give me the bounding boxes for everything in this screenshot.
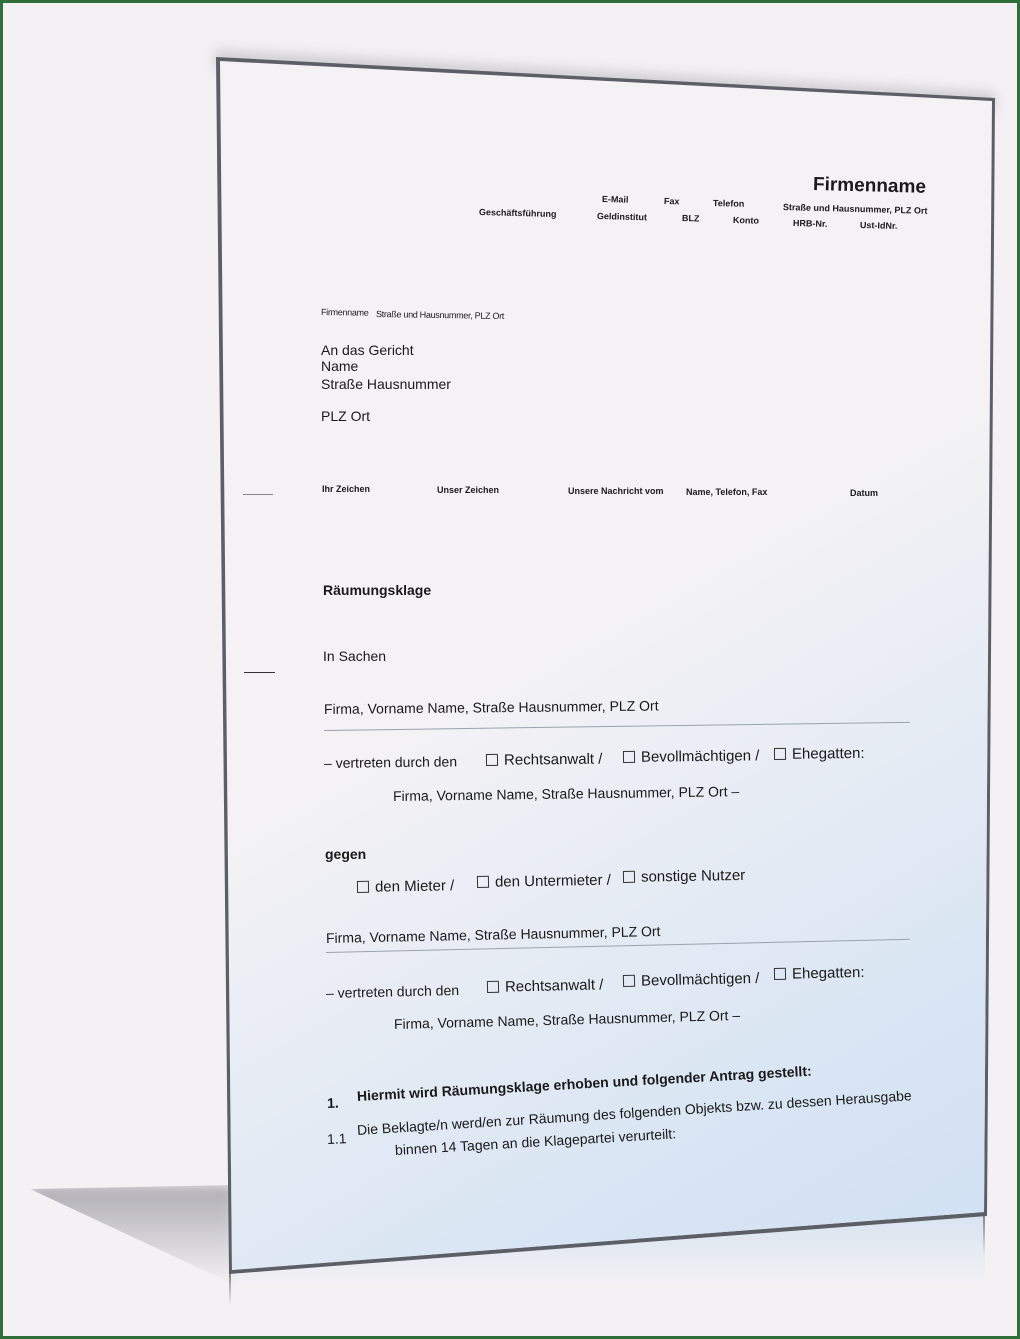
checkbox[interactable] <box>357 881 369 893</box>
sender-address: Straße und Hausnummer, PLZ Ort <box>376 309 504 321</box>
plaintiff-representative: Firma, Vorname Name, Straße Hausnummer, … <box>393 783 739 804</box>
checkbox-label: Ehegatten: <box>792 964 865 983</box>
letterhead-hrb: HRB-Nr. <box>793 218 828 229</box>
checkbox[interactable] <box>774 968 786 980</box>
punch-mark <box>244 672 275 673</box>
recipient-name: Name <box>321 358 358 374</box>
plaintiff-option-rechtsanwalt[interactable]: Rechtsanwalt / <box>486 751 603 769</box>
checkbox[interactable] <box>774 748 786 760</box>
checkbox-label: den Mieter / <box>375 877 455 895</box>
letterhead-konto: Konto <box>733 215 759 226</box>
defendant-option-bevollmaechtigen[interactable]: Bevollmächtigen / <box>623 970 760 990</box>
defendant-type-mieter[interactable]: den Mieter / <box>357 877 455 896</box>
ref-datum: Datum <box>850 488 878 498</box>
section-number: 1. <box>327 1095 339 1111</box>
against-label: gegen <box>325 846 366 862</box>
ref-ihr-zeichen: Ihr Zeichen <box>322 484 370 494</box>
recipient-street: Straße Hausnummer <box>321 376 451 392</box>
checkbox[interactable] <box>623 871 635 883</box>
letterhead-management: Geschäftsführung <box>479 207 557 219</box>
ref-contact: Name, Telefon, Fax <box>686 487 767 497</box>
letterhead-bank: Geldinstitut <box>597 211 647 222</box>
recipient-court: An das Gericht <box>321 342 414 358</box>
checkbox-label: Rechtsanwalt / <box>504 751 603 769</box>
defendant-option-rechtsanwalt[interactable]: Rechtsanwalt / <box>487 976 604 996</box>
checkbox[interactable] <box>486 754 498 766</box>
defendant-representative: Firma, Vorname Name, Straße Hausnummer, … <box>394 1007 741 1032</box>
checkbox-label: Bevollmächtigen / <box>641 970 760 990</box>
letterhead-address: Straße und Hausnummer, PLZ Ort <box>783 202 928 216</box>
plaintiff-option-bevollmaechtigen[interactable]: Bevollmächtigen / <box>623 747 760 766</box>
defendant-type-untermieter[interactable]: den Untermieter / <box>477 872 611 891</box>
plaintiff-divider <box>324 722 910 731</box>
ref-unser-zeichen: Unser Zeichen <box>437 485 499 495</box>
defendant-party: Firma, Vorname Name, Straße Hausnummer, … <box>326 923 661 946</box>
checkbox[interactable] <box>487 981 499 993</box>
defendant-represented-by: – vertreten durch den <box>326 982 459 1001</box>
checkbox-label: Ehegatten: <box>792 745 865 763</box>
document-title: Räumungsklage <box>323 582 431 598</box>
item-number: 1.1 <box>327 1130 347 1147</box>
plaintiff-party: Firma, Vorname Name, Straße Hausnummer, … <box>324 697 659 717</box>
letterhead-blz: BLZ <box>682 213 700 223</box>
checkbox-label: den Untermieter / <box>495 872 611 891</box>
checkbox-label: Bevollmächtigen / <box>641 747 760 765</box>
sender-company: Firmenname <box>321 307 369 318</box>
checkbox-label: sonstige Nutzer <box>641 867 745 886</box>
document-content: Firmenname E-Mail Fax Telefon Straße und… <box>0 0 1020 1339</box>
company-name: Firmenname <box>813 174 926 199</box>
letterhead-telefon: Telefon <box>713 198 745 209</box>
ref-nachricht-vom: Unsere Nachricht vom <box>568 486 664 496</box>
checkbox-label: Rechtsanwalt / <box>505 976 604 995</box>
fold-mark <box>243 494 273 495</box>
defendant-option-ehegatten[interactable]: Ehegatten: <box>774 964 865 983</box>
checkbox[interactable] <box>623 751 635 763</box>
plaintiff-option-ehegatten[interactable]: Ehegatten: <box>774 745 865 763</box>
defendant-type-sonstige[interactable]: sonstige Nutzer <box>623 867 745 886</box>
checkbox[interactable] <box>623 975 635 987</box>
recipient-city: PLZ Ort <box>321 408 370 424</box>
in-sachen-label: In Sachen <box>323 648 386 664</box>
letterhead-email: E-Mail <box>602 194 629 205</box>
letterhead-fax: Fax <box>664 196 680 206</box>
plaintiff-represented-by: – vertreten durch den <box>324 753 457 771</box>
checkbox[interactable] <box>477 876 489 888</box>
letterhead-ustid: Ust-IdNr. <box>860 220 898 231</box>
